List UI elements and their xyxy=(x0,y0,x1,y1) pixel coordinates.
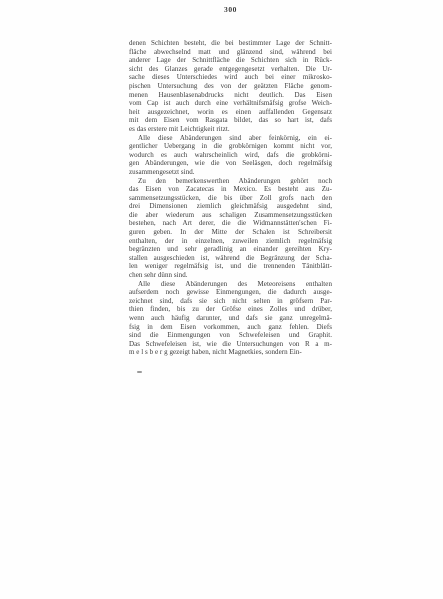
page-number: 300 xyxy=(129,5,332,14)
text-line: mit dem Eisen vom Rasgata bildet, das so… xyxy=(129,116,332,125)
text-line: m e l s b e r g gezeigt haben, nicht Mag… xyxy=(129,348,332,357)
text-line: sicht des Glanzes gerade entgegengesetzt… xyxy=(129,65,332,74)
text-line: vom Cap ist auch durch eine verhältnifsm… xyxy=(129,99,332,108)
paragraph: denen Schichten besteht, die bei bestimm… xyxy=(129,39,332,134)
text-line: Das Schwefeleisen ist, wie die Untersuch… xyxy=(129,340,332,349)
text-line: len weniger regelmäfsig ist, und die tre… xyxy=(129,262,332,271)
paragraph: Zu den bemerkenswerthen Abänderungen geh… xyxy=(129,177,332,280)
text-line: sache dieses Unterschiedes wird auch bei… xyxy=(129,73,332,82)
paragraph: Alle diese Abänderungen des Meteoreisens… xyxy=(129,280,332,357)
body-text-block: denen Schichten besteht, die bei bestimm… xyxy=(129,39,332,357)
text-line: wodurch es auch wahrscheinlich wird, daf… xyxy=(129,151,332,160)
text-line: sind die Einmengungen von Schwefeleisen … xyxy=(129,331,332,340)
text-line: das Eisen von Zacatecas in Mexico. Es be… xyxy=(129,185,332,194)
text-line: guren geben. In der Mitte der Schalen is… xyxy=(129,228,332,237)
text-line: die aber wiederum aus schaligen Zusammen… xyxy=(129,211,332,220)
text-line: heit ausgezeichnet, worin es einen auffa… xyxy=(129,108,332,117)
text-line: anderer Lage der Schnittfläche die Schic… xyxy=(129,56,332,65)
text-line: zusammengesetzt sind. xyxy=(129,168,332,177)
text-line: sammensetzungsstücken, die bis über Zoll… xyxy=(129,194,332,203)
text-line: gentlicher Uebergang in die grobkörnigen… xyxy=(129,142,332,151)
text-line: thien finden, bis zu der Gröfse eines Zo… xyxy=(129,305,332,314)
text-line: drei Dimensionen ziemlich gleichmäfsig a… xyxy=(129,202,332,211)
text-line: Alle diese Abänderungen des Meteoreisens… xyxy=(129,280,332,289)
text-line: gen Abänderungen, wie die von Seeläsgen,… xyxy=(129,159,332,168)
text-line: Alle diese Abänderungen sind aber feinkö… xyxy=(129,134,332,143)
text-line: stallen ausgeschieden ist, während die B… xyxy=(129,254,332,263)
text-line: Zu den bemerkenswerthen Abänderungen geh… xyxy=(129,177,332,186)
text-line: chen sehr dünn sind. xyxy=(129,271,332,280)
text-line: begränzten und sehr geradlinig an einand… xyxy=(129,245,332,254)
paragraph: Alle diese Abänderungen sind aber feinkö… xyxy=(129,134,332,177)
text-line: es das erstere mit Leichtigkeit ritzt. xyxy=(129,125,332,134)
text-line: zeichnet sind, dafs sie sich nicht selte… xyxy=(129,297,332,306)
text-line: fsig in dem Eisen vorkommen, auch ganz f… xyxy=(129,323,332,332)
scanned-book-page: 300 denen Schichten besteht, die bei bes… xyxy=(0,0,443,599)
text-line: wenn auch häufig darunter, und dafs sie … xyxy=(129,314,332,323)
ink-speck xyxy=(137,371,142,373)
text-line: denen Schichten besteht, die bei bestimm… xyxy=(129,39,332,48)
text-line: aufserdem noch gewisse Einmengungen, die… xyxy=(129,288,332,297)
text-line: menen Hausenblasenabdrucks nicht deutlic… xyxy=(129,91,332,100)
text-line: enthalten, der in einzelnen, zuweilen zi… xyxy=(129,237,332,246)
text-line: fläche abwechselnd matt und glänzend sin… xyxy=(129,48,332,57)
text-line: pischen Untersuchung des von der geätzte… xyxy=(129,82,332,91)
text-line: bestehen, nach Art derer, die die Widman… xyxy=(129,219,332,228)
